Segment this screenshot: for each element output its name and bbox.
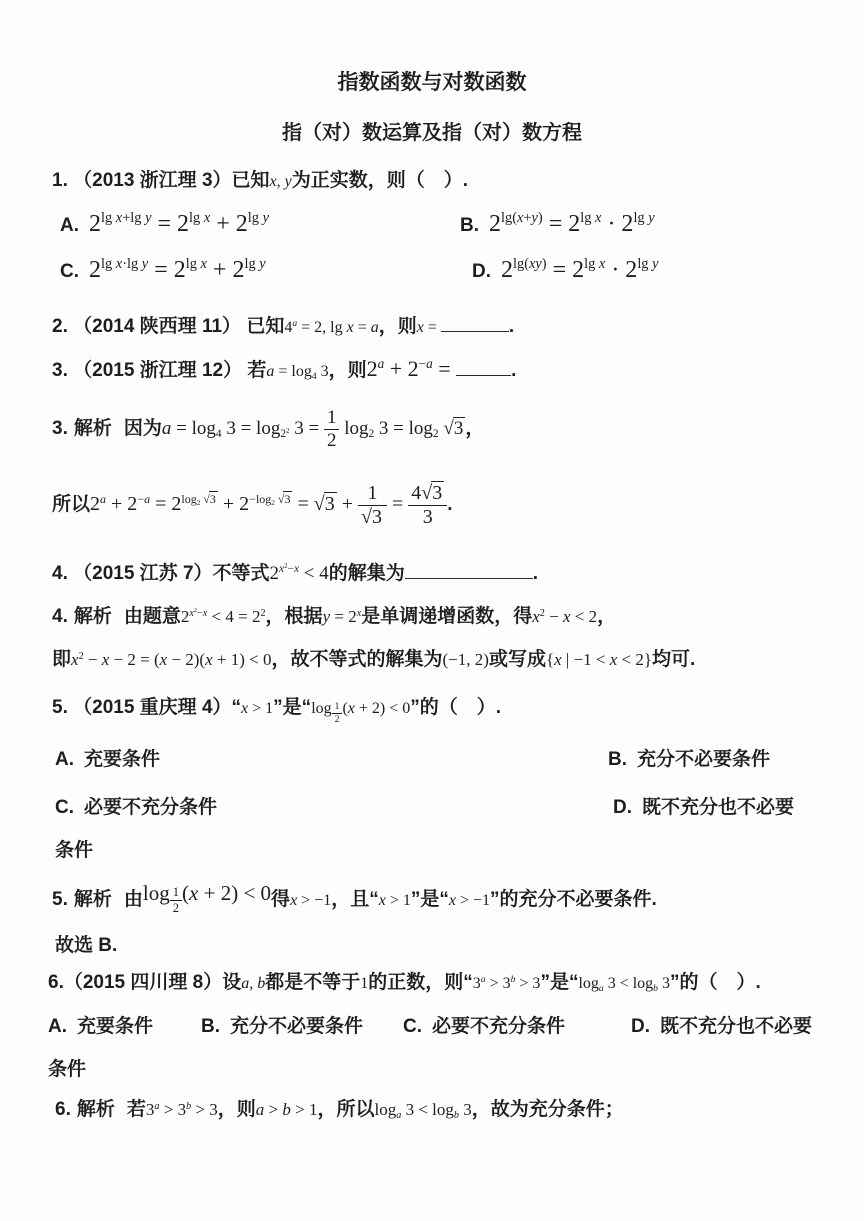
- option-6a: A.充要条件: [48, 1016, 153, 1037]
- option-5b: B.充分不必要条件: [608, 748, 770, 772]
- question-4-text-2: 的解集为: [329, 563, 405, 584]
- question-6: 6.（2015 四川理 8）设a, b都是不等于1的正数，则“3a > 3b >…: [48, 971, 761, 995]
- option-6b: B.充分不必要条件: [201, 1016, 363, 1037]
- question-4-period: .: [533, 563, 538, 584]
- question-1-text-2: 为正实数，则（ ）.: [292, 170, 468, 191]
- question-4-math: 2x2−x < 4: [270, 563, 329, 584]
- question-5-text-3: ”的（ ）.: [410, 697, 501, 718]
- question-1-text: 1. （2013 浙江理 3）已知: [52, 170, 270, 191]
- solution-3-period: .: [447, 494, 452, 515]
- solution-5-text-3: ，且“: [331, 889, 379, 910]
- solution-4-text-1: 由题意: [124, 606, 181, 627]
- question-5-math-1: x > 1: [241, 700, 273, 717]
- question-2-text: 2. （2014 陕西理 11） 已知: [52, 316, 284, 337]
- question-2-math-2: x =: [417, 319, 441, 336]
- solution-label: 解析: [77, 1099, 115, 1120]
- solution-6-text-3: ，所以: [317, 1099, 374, 1120]
- solution-3-math-1: a = log4 3 = log22 3 = 12 log2 3 = log2 …: [162, 418, 465, 439]
- solution-4-line-2: 即x2 − x − 2 = (x − 2)(x + 1) < 0，故不等式的解集…: [52, 648, 695, 672]
- option-1c: C.2lg x·lg y = 2lg x + 2lg y: [60, 255, 266, 285]
- solution-4-text-6: 或写成: [489, 649, 546, 670]
- solution-6: 6.解析若3a > 3b > 3，则a > b > 1，所以loga 3 < l…: [55, 1098, 624, 1122]
- option-1b: B.2lg(x+y) = 2lg x · 2lg y: [460, 209, 655, 239]
- question-4: 4. （2015 江苏 7）不等式2x2−x < 4的解集为.: [52, 560, 538, 586]
- option-6c: C.必要不充分条件: [403, 1016, 565, 1037]
- question-4-text: 4. （2015 江苏 7）不等式: [52, 563, 270, 584]
- solution-4-text-2: ，根据: [266, 606, 323, 627]
- option-1d-label: D.: [472, 261, 491, 282]
- solution-4-math-1: 2x2−x < 4 = 22: [181, 607, 266, 626]
- solution-3-line-1: 3.解析因为a = log4 3 = log22 3 = 12 log2 3 =…: [52, 408, 484, 451]
- option-1a-formula: 2lg x+lg y = 2lg x + 2lg y: [89, 211, 269, 237]
- answer-choice: 故选 B.: [55, 934, 117, 958]
- document-page: 指数函数与对数函数 指（对）数运算及指（对）数方程 1. （2013 浙江理 3…: [0, 0, 864, 1221]
- option-6a-text: 充要条件: [77, 1016, 153, 1037]
- question-5-math-2: log12(x + 2) < 0: [311, 700, 410, 717]
- question-3-math-2: 2a + 2−a =: [367, 356, 456, 381]
- option-5b-label: B.: [608, 749, 627, 770]
- option-5c-text: 必要不充分条件: [84, 797, 217, 818]
- option-1d: D.2lg(xy) = 2lg x · 2lg y: [472, 255, 659, 285]
- option-5b-text: 充分不必要条件: [637, 749, 770, 770]
- option-5d-text: 既不充分也不必要: [642, 797, 794, 818]
- page-subtitle: 指（对）数运算及指（对）数方程: [0, 121, 864, 146]
- solution-5-text-5: ”的充分不必要条件.: [490, 889, 657, 910]
- question-1: 1. （2013 浙江理 3）已知x, y为正实数，则（ ）.: [52, 169, 468, 193]
- solution-label: 解析: [74, 606, 112, 627]
- option-1d-formula: 2lg(xy) = 2lg x · 2lg y: [501, 257, 659, 283]
- solution-5-math-3: x > 1: [379, 892, 411, 909]
- answer-blank-q3: [456, 357, 511, 376]
- question-6-text-5: ”的（ ）.: [670, 972, 761, 993]
- answer-blank-q2: [441, 313, 509, 332]
- question-1-math: x, y: [270, 173, 292, 190]
- question-6-math-4: loga 3 < logb 3: [578, 975, 670, 992]
- question-2-text-2: ，则: [379, 316, 417, 337]
- option-5d: D.既不充分也不必要: [613, 796, 794, 820]
- solution-5-math-4: x > −1: [449, 892, 490, 909]
- solution-5-number: 5.: [52, 889, 68, 910]
- option-6d-label: D.: [631, 1016, 650, 1037]
- option-1b-formula: 2lg(x+y) = 2lg x · 2lg y: [489, 211, 655, 237]
- option-6d-text: 既不充分也不必要: [660, 1016, 812, 1037]
- option-6a-label: A.: [48, 1016, 67, 1037]
- question-3: 3. （2015 浙江理 12） 若a = log4 3，则2a + 2−a =…: [52, 355, 516, 383]
- solution-4-math-2: y = 2x: [323, 607, 362, 626]
- solution-label: 解析: [74, 418, 112, 439]
- solution-4-math-6: {x | −1 < x < 2}: [546, 650, 652, 669]
- solution-3-text-2: 所以: [52, 494, 90, 515]
- option-5c: C.必要不充分条件: [55, 796, 217, 820]
- solution-4-period: 均可.: [652, 649, 695, 670]
- option-6d: D.既不充分也不必要: [631, 1016, 812, 1037]
- option-6b-label: B.: [201, 1016, 220, 1037]
- option-1c-label: C.: [60, 261, 79, 282]
- solution-3-text: 因为: [124, 418, 162, 439]
- option-1b-label: B.: [460, 215, 479, 236]
- option-5a: A.充要条件: [55, 748, 160, 772]
- question-2-math-1: 4a = 2, lg x = a: [284, 319, 378, 336]
- question-5: 5. （2015 重庆理 4）“x > 1”是“log12(x + 2) < 0…: [52, 696, 501, 725]
- option-5d-label: D.: [613, 797, 632, 818]
- options-6-row: A.充要条件B.充分不必要条件C.必要不充分条件D.既不充分也不必要: [48, 1015, 812, 1039]
- question-3-math-1: a = log4 3: [266, 363, 328, 380]
- solution-3-math-2: 2a + 2−a = 2log2 √3 + 2−log2 √3 = √3 + 1…: [90, 493, 447, 515]
- solution-6-text-4: ，故为充分条件；: [472, 1099, 624, 1120]
- solution-4-text-4: 即: [52, 649, 71, 670]
- solution-3-comma: ，: [465, 418, 484, 439]
- question-2: 2. （2014 陕西理 11） 已知4a = 2, lg x = a，则x =…: [52, 313, 514, 339]
- page-title: 指数函数与对数函数: [0, 70, 864, 96]
- solution-6-math-1: 3a > 3b > 3: [146, 1100, 218, 1119]
- question-6-text-1: 6.（2015 四川理 8）设: [48, 972, 241, 993]
- solution-4-text-3: 是单调递增函数，得: [361, 606, 532, 627]
- solution-6-text-1: 若: [127, 1099, 146, 1120]
- option-6c-text: 必要不充分条件: [432, 1016, 565, 1037]
- question-6-math-3: 3a > 3b > 3: [473, 975, 541, 992]
- solution-6-math-3: loga 3 < logb 3: [374, 1100, 471, 1119]
- solution-4-number: 4.: [52, 606, 68, 627]
- solution-5-text-1: 由: [124, 889, 143, 910]
- solution-5-text-2: 得: [271, 889, 290, 910]
- solution-5-text-4: ”是“: [411, 889, 449, 910]
- solution-4-math-5: (−1, 2): [443, 650, 489, 669]
- question-2-period: .: [509, 316, 514, 337]
- question-5-text-2: ”是“: [273, 697, 311, 718]
- solution-5-math-1: log12(x + 2) < 0: [143, 881, 271, 905]
- question-3-text: 3. （2015 浙江理 12） 若: [52, 360, 266, 381]
- question-6-text-2: 都是不等于: [265, 972, 360, 993]
- option-6b-text: 充分不必要条件: [230, 1016, 363, 1037]
- question-3-text-2: ，则: [329, 360, 367, 381]
- solution-label: 解析: [74, 889, 112, 910]
- option-1c-formula: 2lg x·lg y = 2lg x + 2lg y: [89, 257, 266, 283]
- question-5-text-1: 5. （2015 重庆理 4）“: [52, 697, 241, 718]
- solution-4-comma: ，: [597, 606, 616, 627]
- solution-4-line-1: 4.解析由题意2x2−x < 4 = 22，根据y = 2x是单调递增函数，得x…: [52, 605, 616, 629]
- solution-6-math-2: a > b > 1: [256, 1100, 318, 1119]
- option-1a: A.2lg x+lg y = 2lg x + 2lg y: [60, 209, 269, 239]
- solution-3-line-2: 所以2a + 2−a = 2log2 √3 + 2−log2 √3 = √3 +…: [52, 483, 453, 528]
- solution-3-number: 3.: [52, 418, 68, 439]
- solution-6-number: 6.: [55, 1099, 71, 1120]
- answer-blank-q4: [405, 560, 533, 579]
- option-5a-label: A.: [55, 749, 74, 770]
- option-6d-continuation: 条件: [48, 1058, 86, 1082]
- solution-5: 5.解析由log12(x + 2) < 0得x > −1，且“x > 1”是“x…: [52, 880, 657, 916]
- question-6-text-3: 的正数，则“: [368, 972, 473, 993]
- option-1a-label: A.: [60, 215, 79, 236]
- solution-5-math-2: x > −1: [290, 892, 331, 909]
- option-5a-text: 充要条件: [84, 749, 160, 770]
- solution-4-math-4: x2 − x − 2 = (x − 2)(x + 1) < 0: [71, 650, 271, 669]
- question-3-period: .: [511, 360, 516, 381]
- question-6-math-1: a, b: [241, 975, 265, 992]
- option-6c-label: C.: [403, 1016, 422, 1037]
- solution-4-text-5: ，故不等式的解集为: [272, 649, 443, 670]
- solution-6-text-2: ，则: [218, 1099, 256, 1120]
- option-5c-label: C.: [55, 797, 74, 818]
- option-5d-continuation: 条件: [55, 839, 93, 863]
- solution-4-math-3: x2 − x < 2: [532, 607, 597, 626]
- question-6-text-4: ”是“: [540, 972, 578, 993]
